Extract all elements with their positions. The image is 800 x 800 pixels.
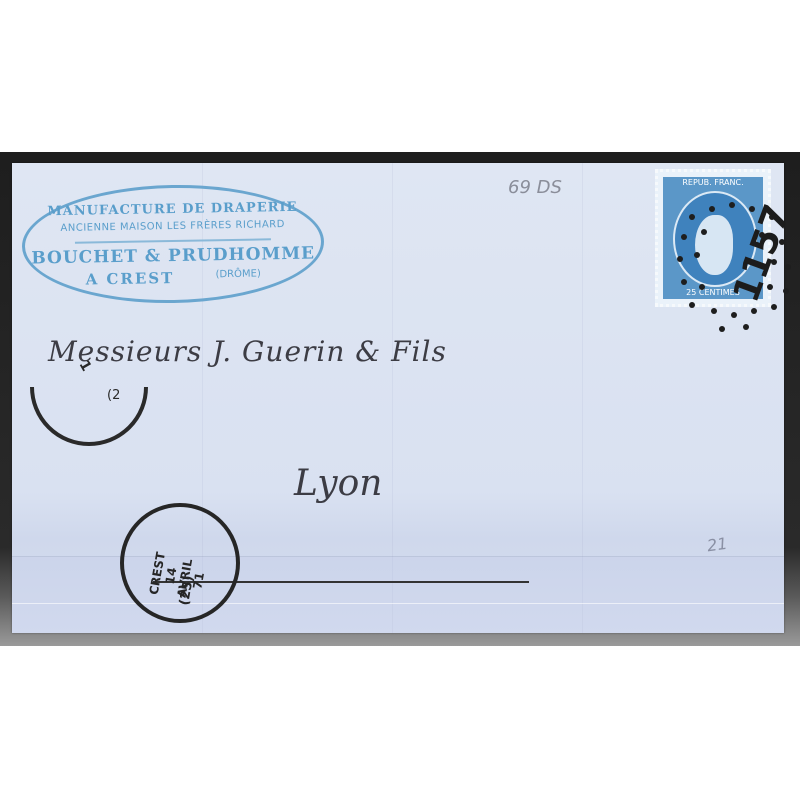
company-oval-stamp: MANUFACTURE DE DRAPERIE ANCIENNE MAISON … [21,182,325,305]
company-stamp-line5: (DRÔME) [215,268,260,280]
left-postmark-number: (2 [107,388,120,403]
company-stamp-divider [75,238,271,243]
company-stamp-line1: MANUFACTURE DE DRAPERIE [24,199,320,219]
address-line-1: Messieurs J. Guerin & Fils [48,335,447,368]
fold-line [12,603,784,604]
pencil-note-top: 69 DS [508,177,562,198]
address-line-2: Lyon [294,463,382,504]
company-stamp-line3: BOUCHET & PRUDHOMME [25,243,321,268]
folded-letter: MANUFACTURE DE DRAPERIE ANCIENNE MAISON … [12,163,784,633]
pencil-note-bottom: 21 [706,534,729,556]
company-stamp-line4: A CREST [85,269,174,289]
company-stamp-line2: ANCIENNE MAISON LES FRÈRES RICHARD [25,218,321,234]
